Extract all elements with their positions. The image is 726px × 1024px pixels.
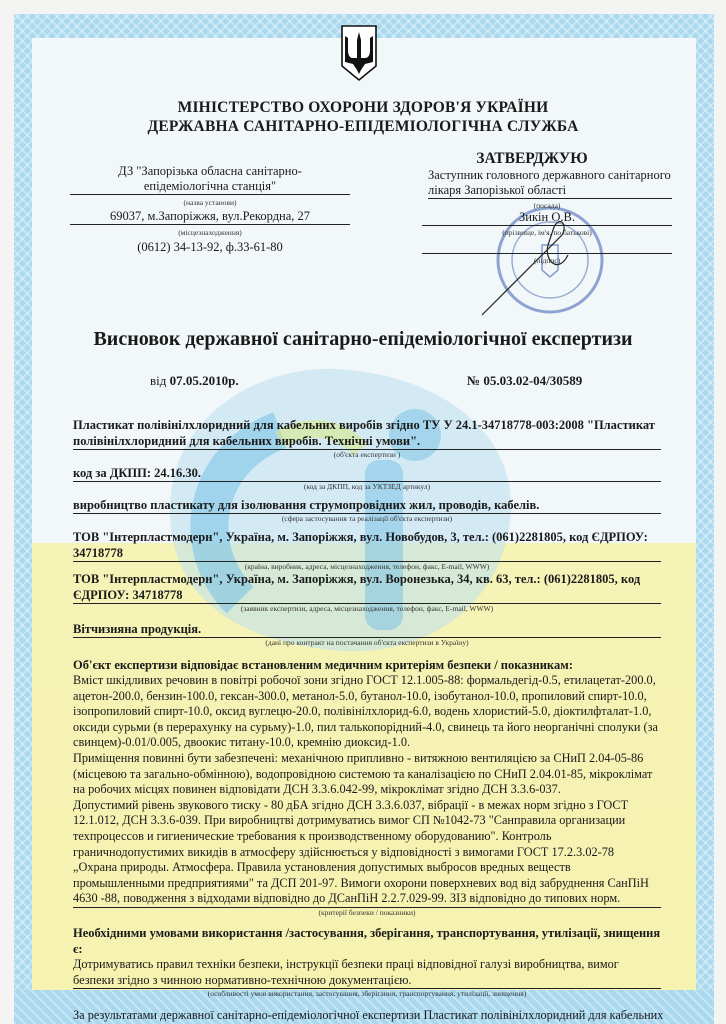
conditions-heading: Необхідними умовами використання /застос…: [73, 925, 661, 957]
criteria-caption: (критерії безпеки / показники): [73, 908, 661, 917]
ministry-name: МІНІСТЕРСТВО ОХОРОНИ ЗДОРОВ'Я УКРАЇНИ: [0, 99, 726, 117]
institution-name-line1: ДЗ "Запорізька обласна санітарно-: [70, 164, 350, 179]
institution-phone: (0612) 34-13-92, ф.33-61-80: [70, 240, 350, 255]
applicant-line1: ТОВ "Інтерпластмодерн", Україна, м. Запо…: [73, 571, 661, 587]
institution-address: 69037, м.Запоріжжя, вул.Рекордна, 27: [70, 209, 350, 225]
product-code: код за ДКПП: 24.16.30.: [73, 465, 661, 482]
conclusion-text: За результатами державної санітарно-епід…: [73, 1008, 661, 1024]
date-value: 07.05.2010р.: [170, 373, 239, 388]
object-line1: Пластикат полівінілхлоридний для кабельн…: [73, 417, 661, 433]
conditions-caption: (особливості умов використання, застосув…: [73, 989, 661, 998]
approval-block: ЗАТВЕРДЖУЮ Заступник головного державног…: [422, 150, 672, 265]
approval-position-caption: (посада): [422, 201, 672, 210]
criteria-paragraph-1: Вміст шкідливих речовин в повітрі робочо…: [73, 673, 661, 751]
product-code-caption: (код за ДКПП, код за УКТЗЕД артикул): [73, 482, 661, 491]
signature-field: [422, 237, 672, 254]
application-scope: виробництво пластикату для ізолювання ст…: [73, 497, 661, 514]
institution-name-line2: епідеміологічна станція": [70, 179, 350, 195]
criteria-paragraph-2: Приміщення повинні бути забезпечені: мех…: [73, 751, 661, 798]
manufacturer-line2: 34718778: [73, 545, 661, 562]
approval-heading: ЗАТВЕРДЖУЮ: [392, 150, 672, 168]
document-number: № 05.03.02-04/30589: [467, 373, 582, 389]
application-scope-caption: (сфера застосування та реалізації об'єкт…: [73, 514, 661, 523]
product-origin: Вітчизняна продукція.: [73, 621, 661, 638]
approval-position-line2: лікаря Запорізької області: [428, 183, 672, 199]
signature-caption: (підпис): [422, 256, 672, 265]
manufacturer-caption: (країна, виробник, адреса, місцезнаходже…: [73, 562, 661, 571]
expertise-fields: Пластикат полівінілхлоридний для кабельн…: [73, 417, 661, 1024]
document-date: від 07.05.2010р.: [150, 373, 239, 389]
object-caption: (об'єкта експертизи ): [73, 450, 661, 459]
approver-name: Зикін О.В.: [422, 210, 672, 226]
approval-position-line1: Заступник головного державного санітарно…: [428, 168, 672, 183]
trident-coat-of-arms-icon: [339, 24, 379, 82]
product-origin-caption: (дані про контракт на постачання об'єкта…: [73, 638, 661, 647]
applicant-caption: (заявник експертизи, адреса, місцезнаход…: [73, 604, 661, 613]
criteria-paragraph-3: Допустимий рівень звукового тиску - 80 д…: [73, 798, 661, 908]
applicant-line2: ЄДРПОУ: 34718778: [73, 587, 661, 604]
criteria-heading: Об'єкт експертизи відповідає встановлени…: [73, 657, 661, 673]
institution-block: ДЗ "Запорізька обласна санітарно- епідем…: [70, 164, 350, 255]
object-line2: полівінілхлоридний для кабельних виробів…: [73, 433, 661, 450]
date-prefix: від: [150, 373, 170, 388]
document-title: Висновок державної санітарно-епідеміолог…: [0, 328, 726, 351]
service-name: ДЕРЖАВНА САНІТАРНО-ЕПІДЕМІОЛОГІЧНА СЛУЖБ…: [0, 118, 726, 136]
institution-name-caption: (назва установи): [70, 198, 350, 207]
conditions-text: Дотримуватись правил техніки безпеки, ін…: [73, 957, 661, 989]
approver-name-caption: (прізвище, ім'я, по батькові): [422, 228, 672, 237]
institution-address-caption: (місцезнаходження): [70, 228, 350, 237]
manufacturer-line1: ТОВ "Інтерпластмодерн", Україна, м. Запо…: [73, 529, 661, 545]
